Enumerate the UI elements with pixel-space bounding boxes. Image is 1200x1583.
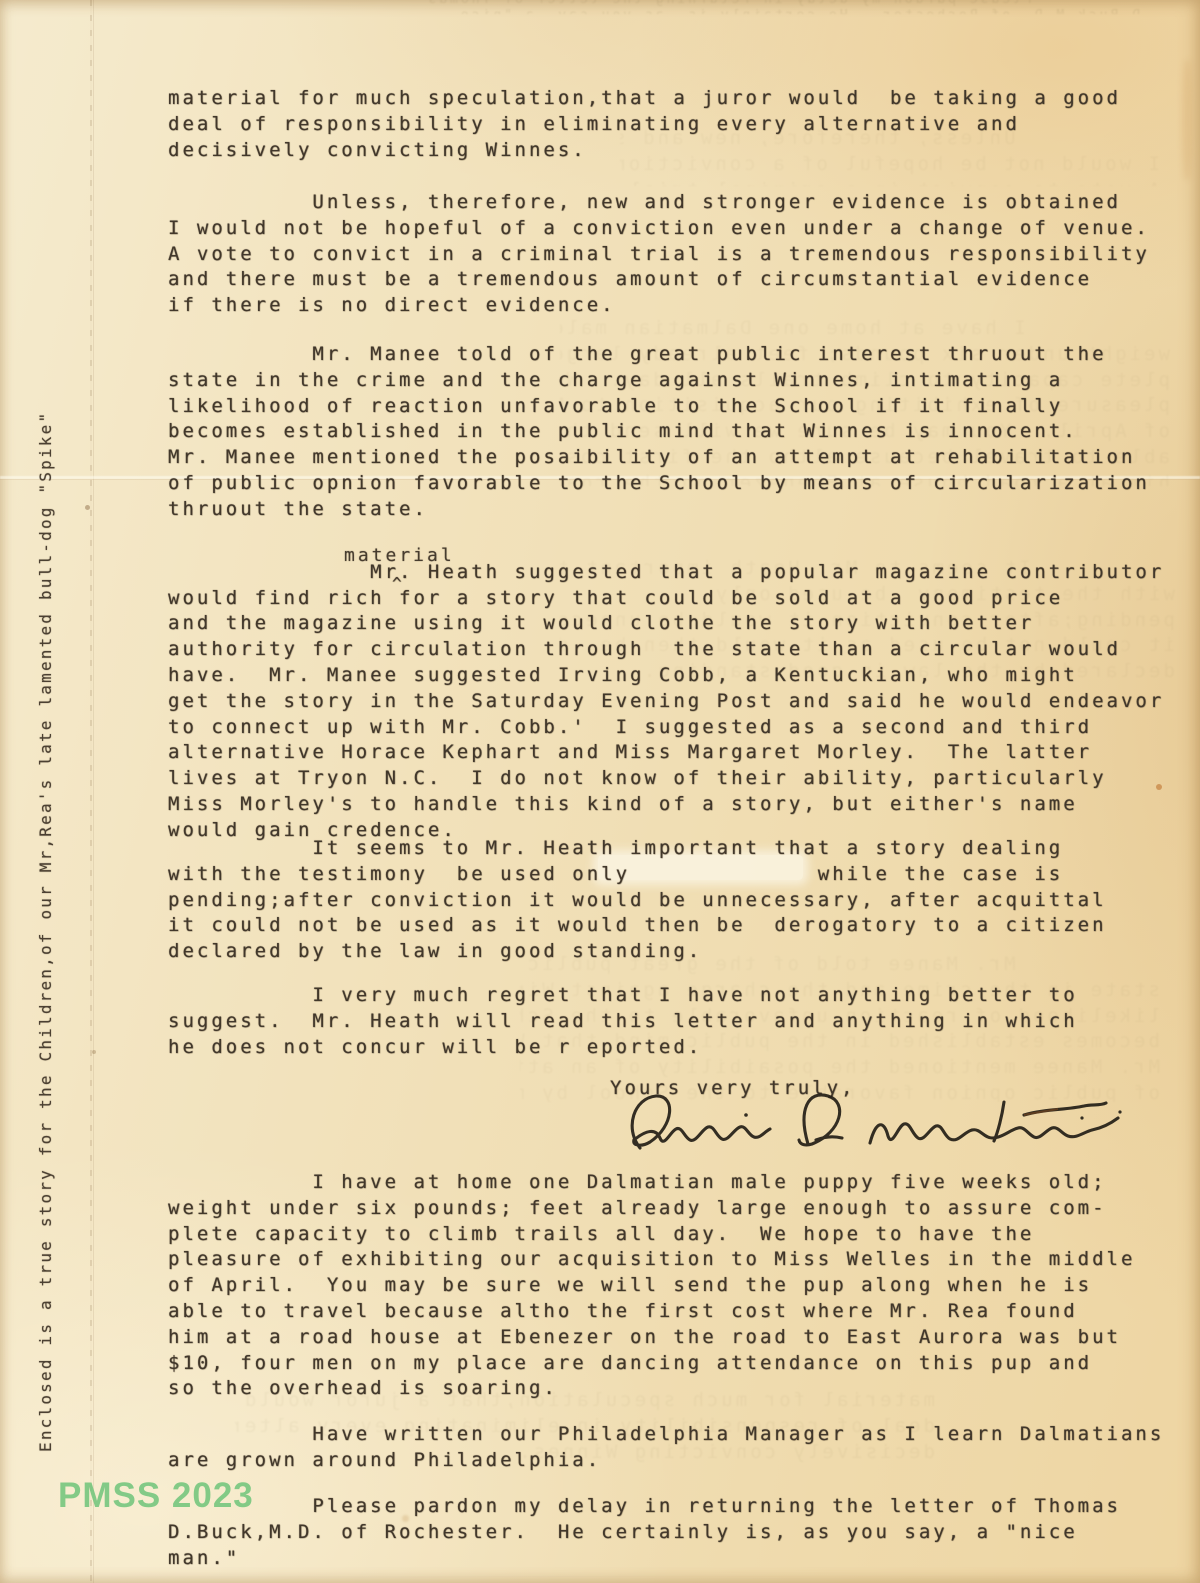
paragraph-regret: I very much regret that I have not anyth… (168, 983, 1078, 1060)
bleedthrough-text: Please pardon my delay in returning the … (420, 0, 1140, 14)
left-fold-crease-soft (93, 0, 94, 1583)
paragraph-story-timing: It seems to Mr. Heath important that a s… (168, 836, 1107, 965)
paragraph-new-evidence: Unless, therefore, new and stronger evid… (168, 190, 1150, 319)
pmss-watermark: PMSS 2023 (58, 1476, 254, 1516)
edge-discoloration (1182, 60, 1192, 180)
ink-speck (85, 505, 90, 510)
insertion-caret-mark: ^ (392, 571, 405, 597)
paragraph-philadelphia-manager: Have written our Philadelphia Manager as… (168, 1422, 1164, 1474)
paragraph-dalmatian-puppy: I have at home one Dalmatian male puppy … (168, 1170, 1135, 1402)
ink-speck (92, 1050, 96, 1054)
typed-insertion-word: material (344, 543, 455, 569)
signature-ink-strokes (612, 1082, 1152, 1168)
paragraph-buck-letter: Please pardon my delay in returning the … (168, 1494, 1121, 1571)
signature: Darwin D Martin (612, 1082, 1152, 1168)
margin-note-spike: Enclosed is a true story for the Childre… (36, 411, 55, 1452)
paragraph-juror-responsibility: material for much speculation,that a jur… (168, 86, 1121, 163)
paragraph-text: Mr. Heath suggested that a popular magaz… (168, 561, 1164, 841)
letter-page: Please pardon my delay in returning the … (0, 0, 1200, 1583)
paragraph-manee-public-interest: Mr. Manee told of the great public inter… (168, 342, 1150, 523)
left-fold-crease (90, 0, 92, 1583)
